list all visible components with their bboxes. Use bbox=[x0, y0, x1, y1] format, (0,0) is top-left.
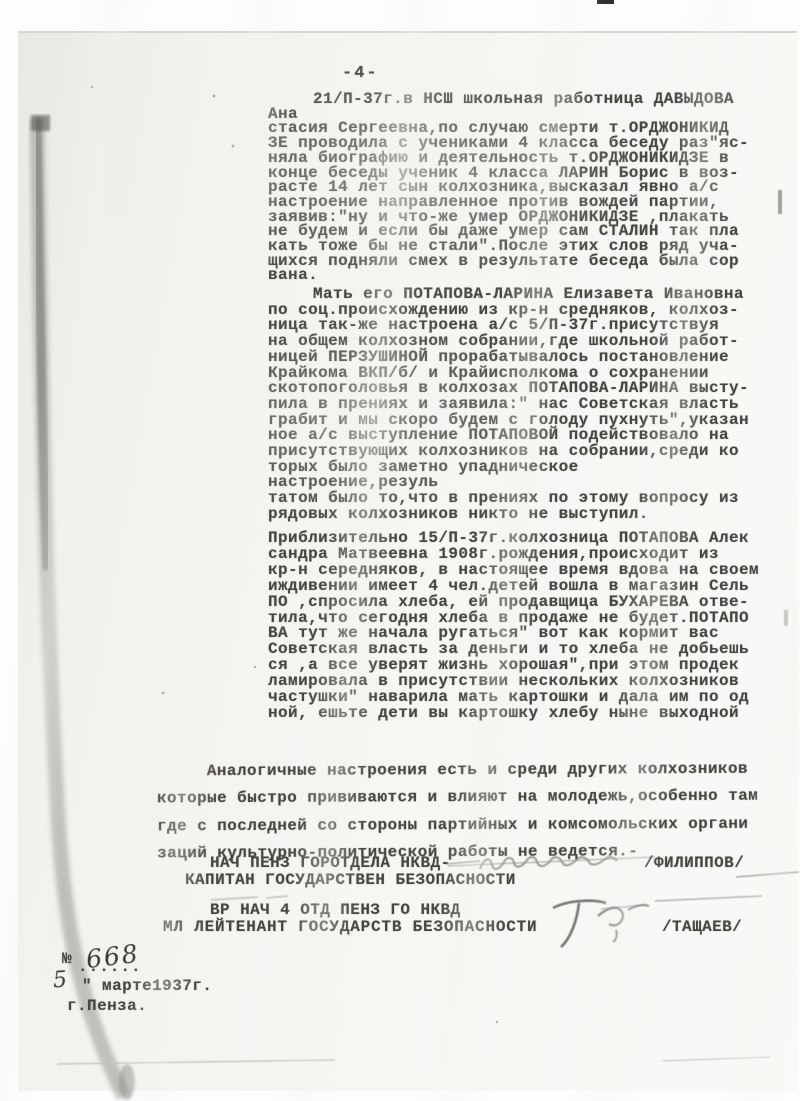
date-line: " марте1937г. bbox=[82, 977, 212, 995]
signature-role-acting-chief: ВР НАЧ 4 ОТД ПЕНЗ ГО НКВД bbox=[210, 901, 461, 919]
closing-paragraph: Аналогичные настроения есть и среди друг… bbox=[157, 756, 797, 868]
body-paragraph-3: Приблизительно 15/П-37г.колхозница ПОТАП… bbox=[268, 531, 763, 722]
body-paragraph-1: 21/П-37г.в НСШ школьная работница ДАВЫДО… bbox=[268, 92, 750, 283]
signature-rank-lieutenant: МЛ ЛЕЙТЕНАНТ ГОСУДАРСТВ БЕЗОПАСНОСТИ bbox=[163, 918, 537, 936]
place-line: г.Пенза. bbox=[67, 997, 147, 1015]
signature-rank-captain: КАПИТАН ГОСУДАРСТВЕН БЕЗОПАСНОСТИ bbox=[185, 871, 516, 889]
body-paragraph-2: Мать его ПОТАПОВА-ЛАРИНА Елизавета Ивано… bbox=[268, 287, 750, 523]
signature-name-tashchaev: /ТАЩАЕВ/ bbox=[662, 918, 742, 936]
signature-name-filippov: /ФИЛИППОВ/ bbox=[644, 854, 744, 872]
tashchaev-signature-handwriting bbox=[553, 901, 649, 947]
signature-role-chief: НАЧ ПЕНЗ ГОРОТДЕЛА НКВД- bbox=[210, 854, 451, 872]
document-number-sign: № bbox=[62, 950, 72, 968]
page-number: -4- bbox=[342, 64, 379, 83]
scanned-document-page: -4- 21/П-37г.в НСШ школьная работница ДА… bbox=[0, 0, 800, 1101]
date-day-handwritten: 5 bbox=[52, 968, 68, 994]
